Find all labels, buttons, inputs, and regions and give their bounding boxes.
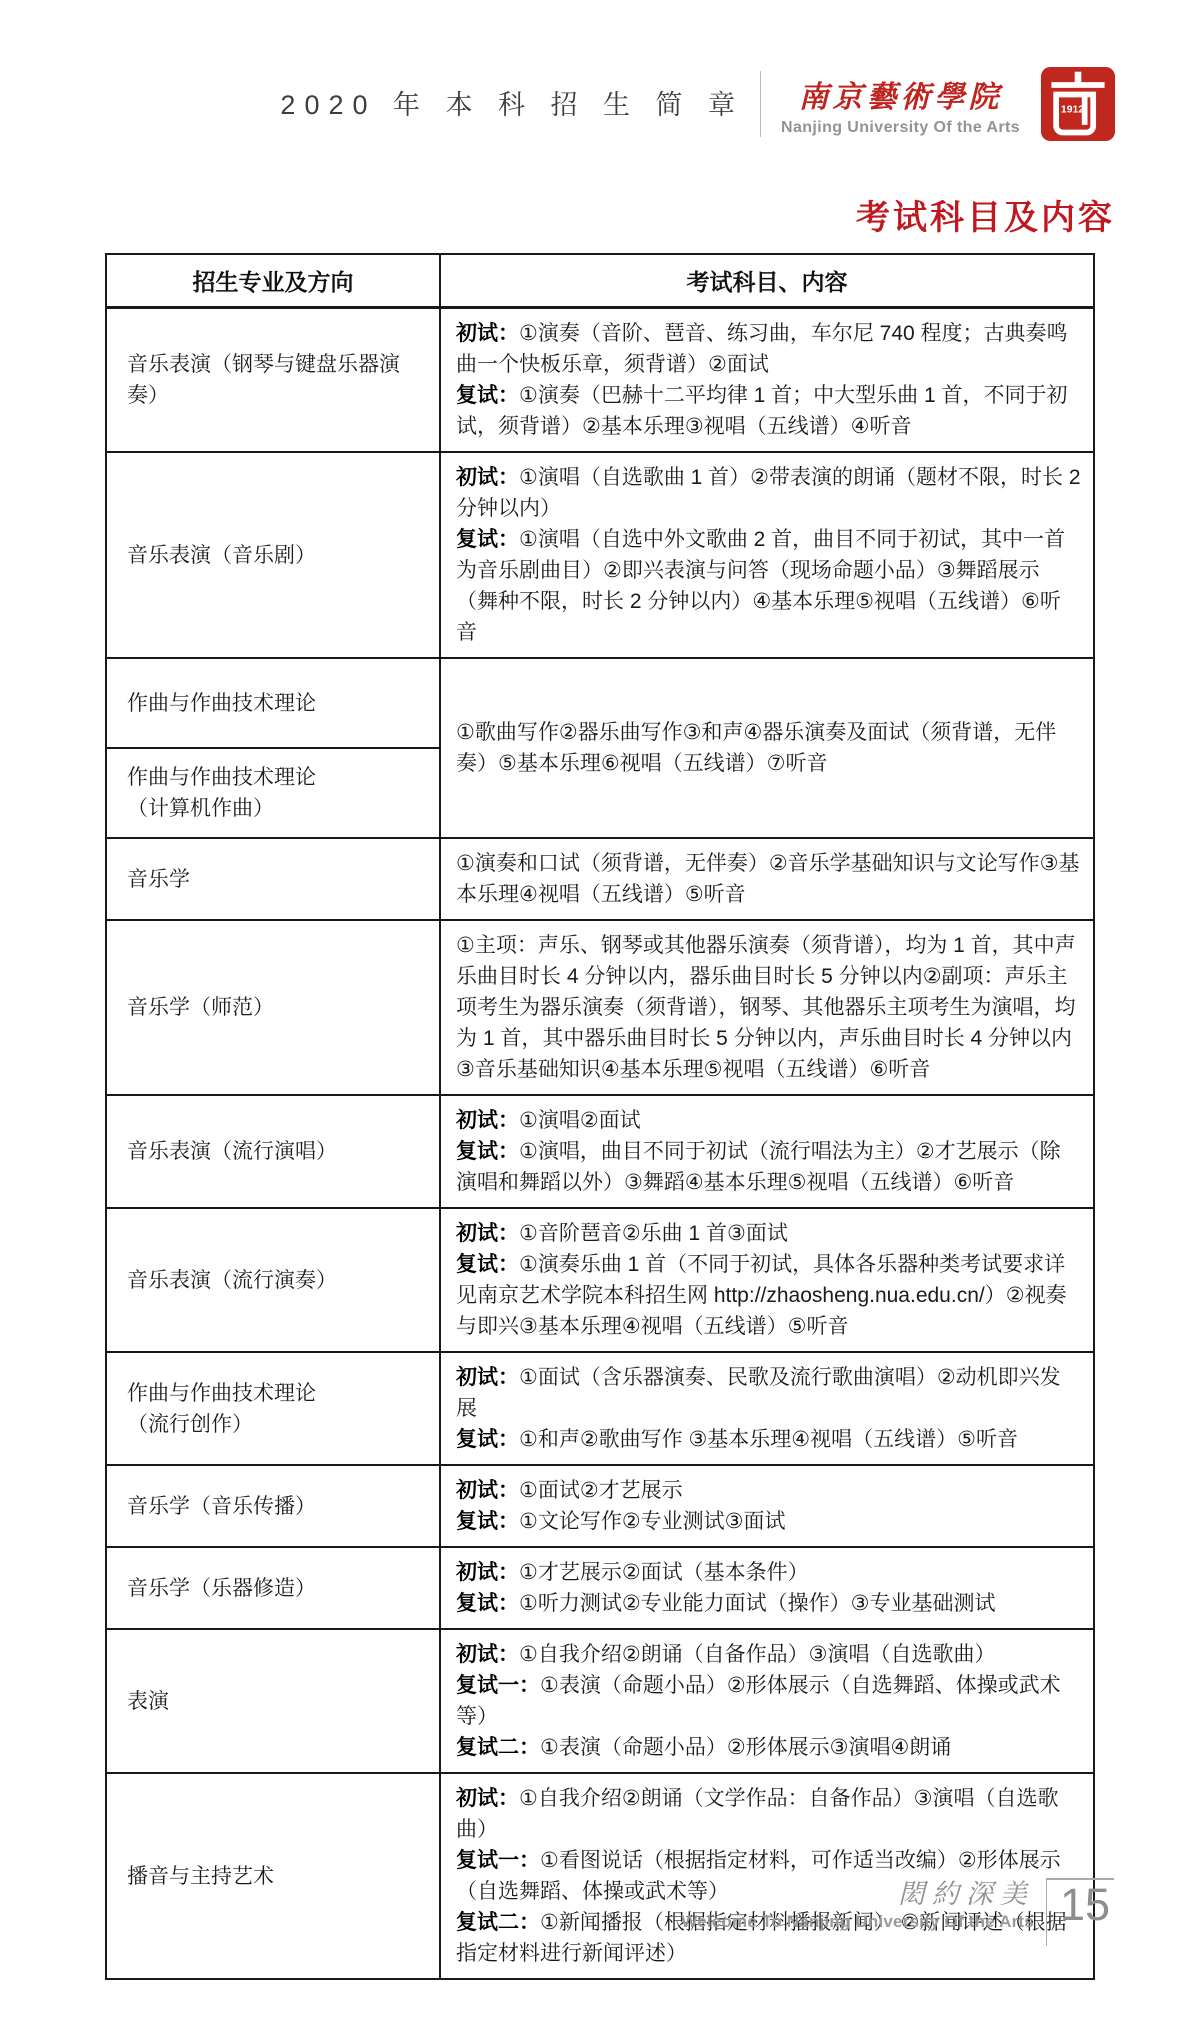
exam-table-body: 音乐表演（钢琴与键盘乐器演奏）初试：①演奏（音阶、琶音、练习曲，车尔尼 740 … (106, 308, 1094, 1980)
university-name-chinese: 南京藝術學院 (781, 72, 1020, 116)
exam-content-line: 初试：①才艺展示②面试（基本条件） (456, 1557, 1081, 1588)
exam-content-line: 复试：①演奏乐曲 1 首（不同于初试，具体各乐器种类考试要求详见南京艺术学院本科… (456, 1249, 1081, 1342)
exam-content-line: 初试：①面试②才艺展示 (456, 1475, 1081, 1506)
content-cell: 初试：①音阶琶音②乐曲 1 首③面试复试：①演奏乐曲 1 首（不同于初试，具体各… (440, 1208, 1094, 1352)
exam-content-line: 复试：①文论写作②专业测试③面试 (456, 1506, 1081, 1537)
major-cell: 作曲与作曲技术理论 (106, 658, 440, 748)
table-row: 作曲与作曲技术理论①歌曲写作②器乐曲写作③和声④器乐演奏及面试（须背谱，无伴奏）… (106, 658, 1094, 748)
content-cell: 初试：①才艺展示②面试（基本条件）复试：①听力测试②专业能力面试（操作）③专业基… (440, 1547, 1094, 1629)
content-cell: ①歌曲写作②器乐曲写作③和声④器乐演奏及面试（须背谱，无伴奏）⑤基本乐理⑥视唱（… (440, 658, 1094, 838)
exam-stage-label: 初试： (456, 1222, 519, 1245)
exam-stage-label: 复试： (456, 1428, 519, 1451)
content-cell: 初试：①面试（含乐器演奏、民歌及流行歌曲演唱）②动机即兴发展复试：①和声②歌曲写… (440, 1352, 1094, 1465)
exam-stage-label: 复试二： (456, 1736, 540, 1759)
exam-stage-label: 初试： (456, 1561, 519, 1584)
content-cell: 初试：①面试②才艺展示复试：①文论写作②专业测试③面试 (440, 1465, 1094, 1547)
major-cell: 作曲与作曲技术理论 （计算机作曲） (106, 748, 440, 838)
exam-content-line: ①演奏和口试（须背谱，无伴奏）②音乐学基础知识与文论写作③基本乐理④视唱（五线谱… (456, 848, 1081, 910)
footer-welcome-text: Welcome To Nanjing University Of the Art… (681, 1912, 1034, 1932)
table-row: 音乐学（乐器修造）初试：①才艺展示②面试（基本条件）复试：①听力测试②专业能力面… (106, 1547, 1094, 1629)
exam-stage-label: 复试： (456, 1510, 519, 1533)
exam-stage-label: 复试： (456, 1592, 519, 1615)
exam-stage-label: 复试一： (456, 1674, 540, 1697)
major-cell: 音乐学（师范） (106, 920, 440, 1095)
major-cell: 音乐表演（流行演奏） (106, 1208, 440, 1352)
exam-content-line: ①歌曲写作②器乐曲写作③和声④器乐演奏及面试（须背谱，无伴奏）⑤基本乐理⑥视唱（… (456, 717, 1081, 779)
exam-stage-label: 复试： (456, 1253, 519, 1276)
exam-content-line: 复试二：①表演（命题小品）②形体展示③演唱④朗诵 (456, 1732, 1081, 1763)
exam-content-line: 复试：①和声②歌曲写作 ③基本乐理④视唱（五线谱）⑤听音 (456, 1424, 1081, 1455)
exam-content-line: 初试：①演奏（音阶、琶音、练习曲，车尔尼 740 程度；古典奏鸣曲一个快板乐章，… (456, 318, 1081, 380)
school-motto: 閎約深美 (681, 1882, 1034, 1908)
major-cell: 音乐学（乐器修造） (106, 1547, 440, 1629)
exam-stage-label: 复试： (456, 1140, 519, 1163)
exam-content-line: 复试一：①表演（命题小品）②形体展示（自选舞蹈、体操或武术等） (456, 1670, 1081, 1732)
exam-subjects-table: 招生专业及方向 考试科目、内容 音乐表演（钢琴与键盘乐器演奏）初试：①演奏（音阶… (105, 253, 1095, 1980)
university-logo: 南京藝術學院 Nanjing University Of the Arts (777, 72, 1024, 137)
content-cell: ①演奏和口试（须背谱，无伴奏）②音乐学基础知识与文论写作③基本乐理④视唱（五线谱… (440, 838, 1094, 920)
exam-stage-label: 初试： (456, 466, 519, 489)
major-cell: 作曲与作曲技术理论 （流行创作） (106, 1352, 440, 1465)
content-cell: 初试：①自我介绍②朗诵（自备作品）③演唱（自选歌曲）复试一：①表演（命题小品）②… (440, 1629, 1094, 1773)
seal-year-text: 1912 (1061, 105, 1084, 116)
exam-stage-label: 复试： (456, 528, 519, 551)
exam-stage-label: 初试： (456, 1109, 519, 1132)
exam-content-line: 初试：①演唱（自选歌曲 1 首）②带表演的朗诵（题材不限，时长 2 分钟以内） (456, 462, 1081, 524)
exam-stage-label: 初试： (456, 322, 519, 345)
table-row: 作曲与作曲技术理论 （流行创作）初试：①面试（含乐器演奏、民歌及流行歌曲演唱）②… (106, 1352, 1094, 1465)
exam-content-line: 初试：①面试（含乐器演奏、民歌及流行歌曲演唱）②动机即兴发展 (456, 1362, 1081, 1424)
column-header-majors: 招生专业及方向 (106, 254, 440, 308)
table-header-row: 招生专业及方向 考试科目、内容 (106, 254, 1094, 308)
content-cell: 初试：①演唱（自选歌曲 1 首）②带表演的朗诵（题材不限，时长 2 分钟以内）复… (440, 452, 1094, 658)
table-row: 音乐学（音乐传播）初试：①面试②才艺展示复试：①文论写作②专业测试③面试 (106, 1465, 1094, 1547)
page-number: 15 (1046, 1878, 1114, 1946)
exam-content-line: 初试：①自我介绍②朗诵（自备作品）③演唱（自选歌曲） (456, 1639, 1081, 1670)
page-header: 2020 年 本 科 招 生 简 章 南京藝術學院 Nanjing Univer… (280, 66, 1116, 142)
content-cell: 初试：①演奏（音阶、琶音、练习曲，车尔尼 740 程度；古典奏鸣曲一个快板乐章，… (440, 308, 1094, 453)
footer-text: 閎約深美 Welcome To Nanjing University Of th… (681, 1866, 1034, 1932)
content-cell: 初试：①演唱②面试复试：①演唱，曲目不同于初试（流行唱法为主）②才艺展示（除演唱… (440, 1095, 1094, 1208)
exam-content-line: 复试：①演奏（巴赫十二平均律 1 首；中大型乐曲 1 首，不同于初试，须背谱）②… (456, 380, 1081, 442)
university-seal-icon: 1912 (1040, 66, 1116, 142)
header-divider (760, 71, 761, 137)
exam-content-line: 复试：①听力测试②专业能力面试（操作）③专业基础测试 (456, 1588, 1081, 1619)
major-cell: 表演 (106, 1629, 440, 1773)
exam-stage-label: 复试： (456, 384, 519, 407)
major-cell: 音乐表演（钢琴与键盘乐器演奏） (106, 308, 440, 453)
exam-stage-label: 复试一： (456, 1849, 540, 1872)
exam-content-line: 复试：①演唱，曲目不同于初试（流行唱法为主）②才艺展示（除演唱和舞蹈以外）③舞蹈… (456, 1136, 1081, 1198)
content-cell: ①主项：声乐、钢琴或其他器乐演奏（须背谱），均为 1 首，其中声乐曲目时长 4 … (440, 920, 1094, 1095)
column-header-subjects: 考试科目、内容 (440, 254, 1094, 308)
page-title: 考试科目及内容 (856, 190, 1115, 239)
major-cell: 音乐学（音乐传播） (106, 1465, 440, 1547)
exam-content-line: 初试：①自我介绍②朗诵（文学作品：自备作品）③演唱（自选歌曲） (456, 1783, 1081, 1845)
exam-stage-label: 初试： (456, 1479, 519, 1502)
exam-stage-label: 初试： (456, 1643, 519, 1666)
table-row: 音乐表演（音乐剧）初试：①演唱（自选歌曲 1 首）②带表演的朗诵（题材不限，时长… (106, 452, 1094, 658)
table-row: 表演初试：①自我介绍②朗诵（自备作品）③演唱（自选歌曲）复试一：①表演（命题小品… (106, 1629, 1094, 1773)
major-cell: 音乐学 (106, 838, 440, 920)
table-row: 音乐表演（流行演唱）初试：①演唱②面试复试：①演唱，曲目不同于初试（流行唱法为主… (106, 1095, 1094, 1208)
exam-content-line: 初试：①音阶琶音②乐曲 1 首③面试 (456, 1218, 1081, 1249)
document-title: 2020 年 本 科 招 生 简 章 (280, 83, 744, 126)
university-name-english: Nanjing University Of the Arts (781, 119, 1020, 137)
major-cell: 音乐表演（流行演唱） (106, 1095, 440, 1208)
exam-stage-label: 初试： (456, 1366, 519, 1389)
table-row: 音乐表演（流行演奏）初试：①音阶琶音②乐曲 1 首③面试复试：①演奏乐曲 1 首… (106, 1208, 1094, 1352)
exam-stage-label: 复试二： (456, 1911, 540, 1934)
table-row: 音乐学①演奏和口试（须背谱，无伴奏）②音乐学基础知识与文论写作③基本乐理④视唱（… (106, 838, 1094, 920)
major-cell: 音乐表演（音乐剧） (106, 452, 440, 658)
exam-content-line: 初试：①演唱②面试 (456, 1105, 1081, 1136)
exam-content-line: ①主项：声乐、钢琴或其他器乐演奏（须背谱），均为 1 首，其中声乐曲目时长 4 … (456, 930, 1081, 1085)
major-cell: 播音与主持艺术 (106, 1773, 440, 1979)
table-row: 音乐学（师范）①主项：声乐、钢琴或其他器乐演奏（须背谱），均为 1 首，其中声乐… (106, 920, 1094, 1095)
table-row: 音乐表演（钢琴与键盘乐器演奏）初试：①演奏（音阶、琶音、练习曲，车尔尼 740 … (106, 308, 1094, 453)
page-footer: 閎約深美 Welcome To Nanjing University Of th… (681, 1866, 1114, 1946)
exam-stage-label: 初试： (456, 1787, 519, 1810)
exam-content-line: 复试：①演唱（自选中外文歌曲 2 首，曲目不同于初试，其中一首为音乐剧曲目）②即… (456, 524, 1081, 648)
